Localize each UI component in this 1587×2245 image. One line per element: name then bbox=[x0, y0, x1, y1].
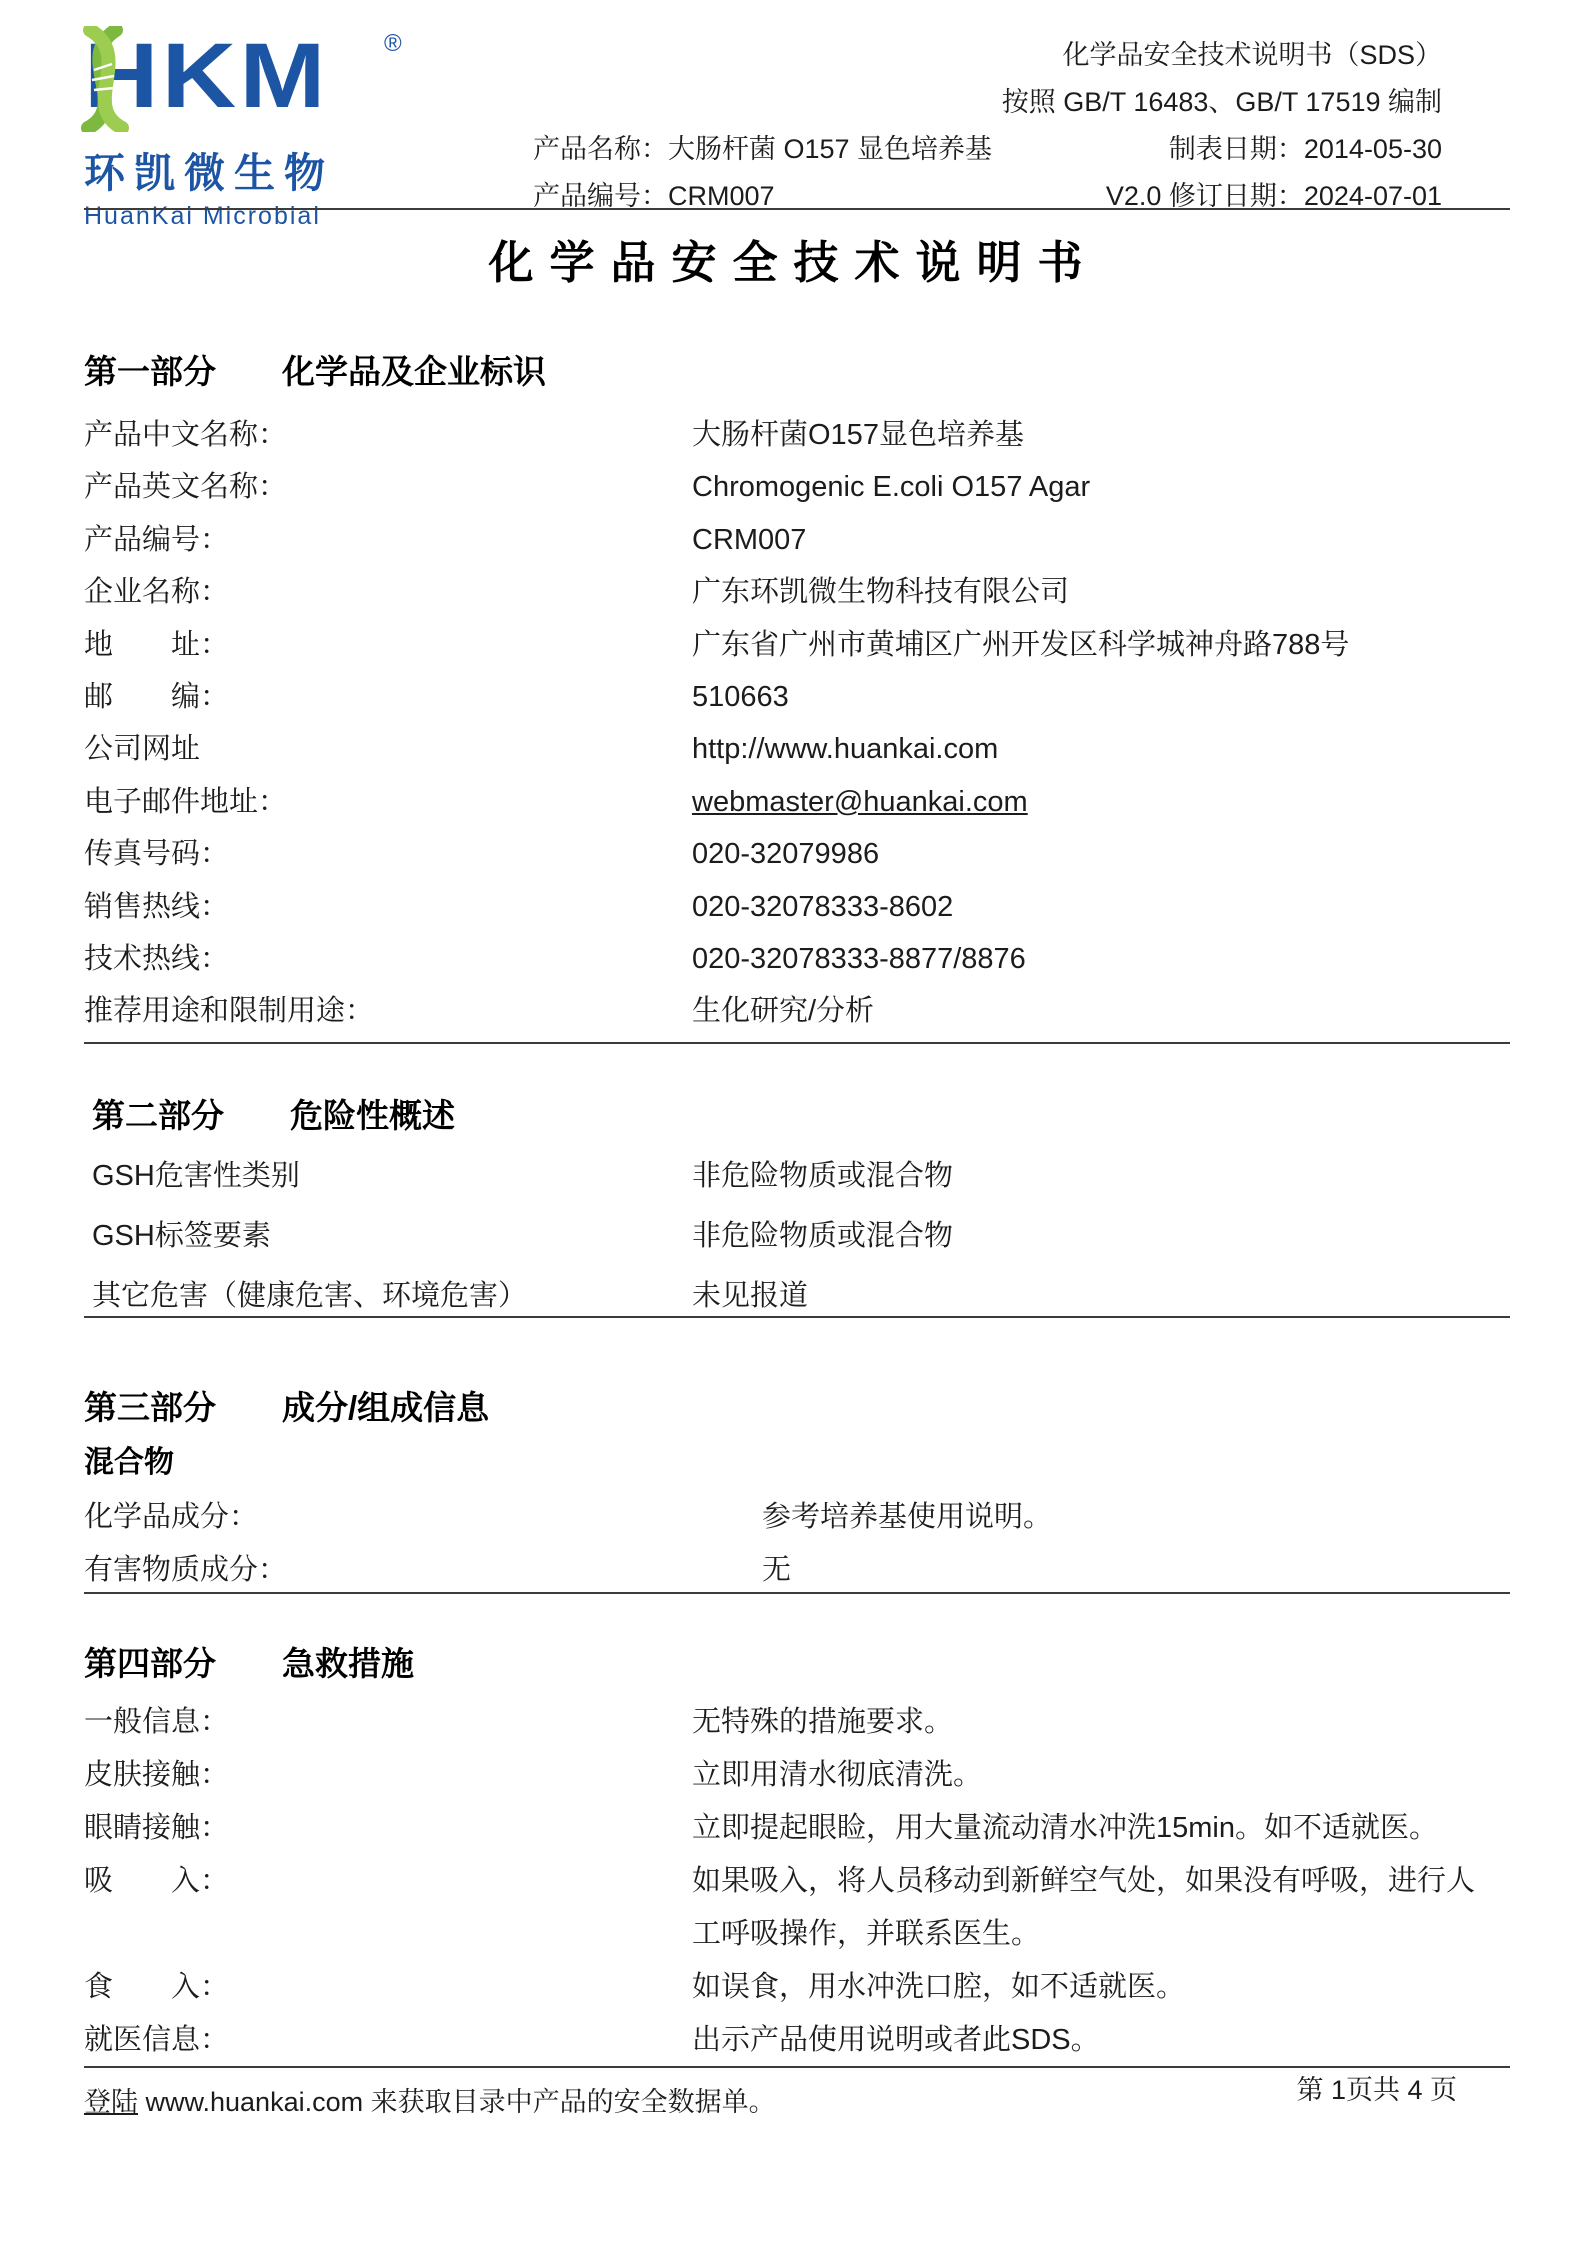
field-label: 吸 入： bbox=[84, 1855, 692, 1908]
page-title: 化学品安全技术说明书 bbox=[0, 226, 1587, 291]
field-label: 邮 编： bbox=[84, 671, 692, 723]
field-value: 如果吸入，将人员移动到新鲜空气处，如果没有呼吸，进行人 工呼吸操作，并联系医生。 bbox=[692, 1855, 1510, 1961]
section1-heading: 第一部分 化学品及企业标识 bbox=[84, 346, 546, 393]
table-row: 眼睛接触： 立即提起眼睑，用大量流动清水冲洗15min。如不适就医。 bbox=[84, 1802, 1510, 1855]
field-label: 产品中文名称： bbox=[84, 409, 692, 461]
sds-document-page: HKM ® 环凯微生物 HuanKai Microbial 化学品安全技术说明书… bbox=[0, 0, 1587, 2245]
field-label: 传真号码： bbox=[84, 828, 692, 880]
field-label: 食 入： bbox=[84, 1961, 692, 2014]
created-date-label: 制表日期：2014-05-30 bbox=[1169, 126, 1510, 173]
field-value: 020-32078333-8602 bbox=[692, 881, 1510, 933]
table-row: 邮 编： 510663 bbox=[84, 671, 1510, 723]
table-row: 化学品成分： 参考培养基使用说明。 bbox=[84, 1491, 1510, 1544]
footer-note-text: www.huankai.com 来获取目录中产品的安全数据单。 bbox=[138, 2087, 776, 2117]
field-label: 推荐用途和限制用途： bbox=[84, 985, 692, 1037]
section3-heading: 第三部分 成分/组成信息 bbox=[84, 1382, 489, 1429]
field-label: 产品英文名称： bbox=[84, 461, 692, 513]
section4-fields: 一般信息： 无特殊的措施要求。 皮肤接触： 立即用清水彻底清洗。 眼睛接触： 立… bbox=[84, 1696, 1510, 2067]
registered-trademark-icon: ® bbox=[384, 30, 402, 58]
footer-login-link[interactable]: 登陆 bbox=[84, 2087, 138, 2117]
section2-heading: 第二部分 危险性概述 bbox=[92, 1090, 455, 1137]
table-row: 一般信息： 无特殊的措施要求。 bbox=[84, 1696, 1510, 1749]
header-product-code-row: 产品编号：CRM007 V2.0 修订日期：2024-07-01 bbox=[520, 173, 1510, 220]
field-value: 广东省广州市黄埔区广州开发区科学城神舟路788号 bbox=[692, 619, 1510, 671]
table-row: 公司网址 http://www.huankai.com bbox=[84, 723, 1510, 775]
table-row: 就医信息： 出示产品使用说明或者此SDS。 bbox=[84, 2014, 1510, 2067]
section2-fields: GSH危害性类别 非危险物质或混合物 GSH标签要素 非危险物质或混合物 其它危… bbox=[92, 1146, 1510, 1326]
logo-acronym: HKM bbox=[84, 28, 329, 125]
field-value: 出示产品使用说明或者此SDS。 bbox=[692, 2014, 1510, 2067]
field-value: CRM007 bbox=[692, 514, 1510, 566]
website-url: http://www.huankai.com bbox=[692, 723, 1510, 775]
product-name-label: 产品名称：大肠杆菌 O157 显色培养基 bbox=[533, 126, 992, 173]
field-value: 立即用清水彻底清洗。 bbox=[692, 1749, 1510, 1802]
document-header: 化学品安全技术说明书（SDS） 按照 GB/T 16483、GB/T 17519… bbox=[520, 32, 1510, 220]
field-value: 无特殊的措施要求。 bbox=[692, 1696, 1510, 1749]
field-label: 眼睛接触： bbox=[84, 1802, 692, 1855]
field-label: 技术热线： bbox=[84, 933, 692, 985]
footer-note: 登陆 www.huankai.com 来获取目录中产品的安全数据单。 bbox=[84, 2080, 776, 2119]
table-row: 推荐用途和限制用途： 生化研究/分析 bbox=[84, 985, 1510, 1037]
field-value: 510663 bbox=[692, 671, 1510, 723]
header-standard-row: 按照 GB/T 16483、GB/T 17519 编制 bbox=[520, 79, 1510, 126]
field-label: 公司网址 bbox=[84, 723, 692, 775]
table-row: 电子邮件地址： webmaster@huankai.com bbox=[84, 776, 1510, 828]
field-label: 一般信息： bbox=[84, 1696, 692, 1749]
section2-divider bbox=[84, 1316, 1510, 1318]
table-row: 传真号码： 020-32079986 bbox=[84, 828, 1510, 880]
field-value: 非危险物质或混合物 bbox=[692, 1146, 1510, 1206]
table-row: 吸 入： 如果吸入，将人员移动到新鲜空气处，如果没有呼吸，进行人 工呼吸操作，并… bbox=[84, 1855, 1510, 1961]
table-row: 食 入： 如误食，用水冲洗口腔，如不适就医。 bbox=[84, 1961, 1510, 2014]
field-label: 产品编号： bbox=[84, 514, 692, 566]
field-value: 无 bbox=[692, 1544, 1510, 1597]
table-row: 产品中文名称： 大肠杆菌O157显色培养基 bbox=[84, 409, 1510, 461]
field-label: 电子邮件地址： bbox=[84, 776, 692, 828]
header-doc-type-row: 化学品安全技术说明书（SDS） bbox=[520, 32, 1510, 79]
section4-heading: 第四部分 急救措施 bbox=[84, 1638, 414, 1685]
field-value: 非危险物质或混合物 bbox=[692, 1206, 1510, 1266]
table-row: 有害物质成分： 无 bbox=[84, 1544, 1510, 1597]
section1-divider bbox=[84, 1042, 1510, 1044]
header-divider bbox=[84, 208, 1510, 210]
header-product-name-row: 产品名称：大肠杆菌 O157 显色培养基 制表日期：2014-05-30 bbox=[520, 126, 1510, 173]
table-row: GSH标签要素 非危险物质或混合物 bbox=[92, 1206, 1510, 1266]
field-label: 就医信息： bbox=[84, 2014, 692, 2067]
section3-subheading: 混合物 bbox=[84, 1437, 174, 1481]
table-row: 皮肤接触： 立即用清水彻底清洗。 bbox=[84, 1749, 1510, 1802]
field-label: 皮肤接触： bbox=[84, 1749, 692, 1802]
page-number: 第 1页共 4 页 bbox=[1296, 2068, 1457, 2107]
field-value: 广东环凯微生物科技有限公司 bbox=[692, 566, 1510, 618]
table-row: 技术热线： 020-32078333-8877/8876 bbox=[84, 933, 1510, 985]
field-label: GSH危害性类别 bbox=[92, 1146, 692, 1206]
revised-date-label: V2.0 修订日期：2024-07-01 bbox=[1106, 173, 1510, 220]
section1-fields: 产品中文名称： 大肠杆菌O157显色培养基 产品英文名称： Chromogeni… bbox=[84, 409, 1510, 1038]
table-row: 销售热线： 020-32078333-8602 bbox=[84, 881, 1510, 933]
field-label: 有害物质成分： bbox=[84, 1544, 692, 1597]
field-value: Chromogenic E.coli O157 Agar bbox=[692, 461, 1510, 513]
field-value: 020-32079986 bbox=[692, 828, 1510, 880]
company-logo: HKM ® 环凯微生物 HuanKai Microbial bbox=[84, 28, 414, 231]
table-row: 产品英文名称： Chromogenic E.coli O157 Agar bbox=[84, 461, 1510, 513]
field-label: 地 址： bbox=[84, 619, 692, 671]
field-value: 立即提起眼睑，用大量流动清水冲洗15min。如不适就医。 bbox=[692, 1802, 1510, 1855]
field-value: 参考培养基使用说明。 bbox=[692, 1491, 1510, 1544]
field-label: 企业名称： bbox=[84, 566, 692, 618]
section3-divider bbox=[84, 1592, 1510, 1594]
doc-type-label: 化学品安全技术说明书（SDS） bbox=[1062, 32, 1510, 79]
field-value: 大肠杆菌O157显色培养基 bbox=[692, 409, 1510, 461]
logo-name-cn: 环凯微生物 bbox=[84, 140, 414, 199]
email-link[interactable]: webmaster@huankai.com bbox=[692, 776, 1510, 828]
field-label: 化学品成分： bbox=[84, 1491, 692, 1544]
table-row: GSH危害性类别 非危险物质或混合物 bbox=[92, 1146, 1510, 1206]
section3-fields: 化学品成分： 参考培养基使用说明。 有害物质成分： 无 bbox=[84, 1491, 1510, 1597]
field-label: GSH标签要素 bbox=[92, 1206, 692, 1266]
field-value: 如误食，用水冲洗口腔，如不适就医。 bbox=[692, 1961, 1510, 2014]
logo-acronym-line: HKM ® bbox=[84, 28, 414, 134]
table-row: 地 址： 广东省广州市黄埔区广州开发区科学城神舟路788号 bbox=[84, 619, 1510, 671]
field-value: 生化研究/分析 bbox=[692, 985, 1510, 1037]
table-row: 企业名称： 广东环凯微生物科技有限公司 bbox=[84, 566, 1510, 618]
field-label: 销售热线： bbox=[84, 881, 692, 933]
product-code-label: 产品编号：CRM007 bbox=[533, 173, 775, 220]
field-value: 020-32078333-8877/8876 bbox=[692, 933, 1510, 985]
table-row: 产品编号： CRM007 bbox=[84, 514, 1510, 566]
standard-label: 按照 GB/T 16483、GB/T 17519 编制 bbox=[1002, 79, 1510, 126]
